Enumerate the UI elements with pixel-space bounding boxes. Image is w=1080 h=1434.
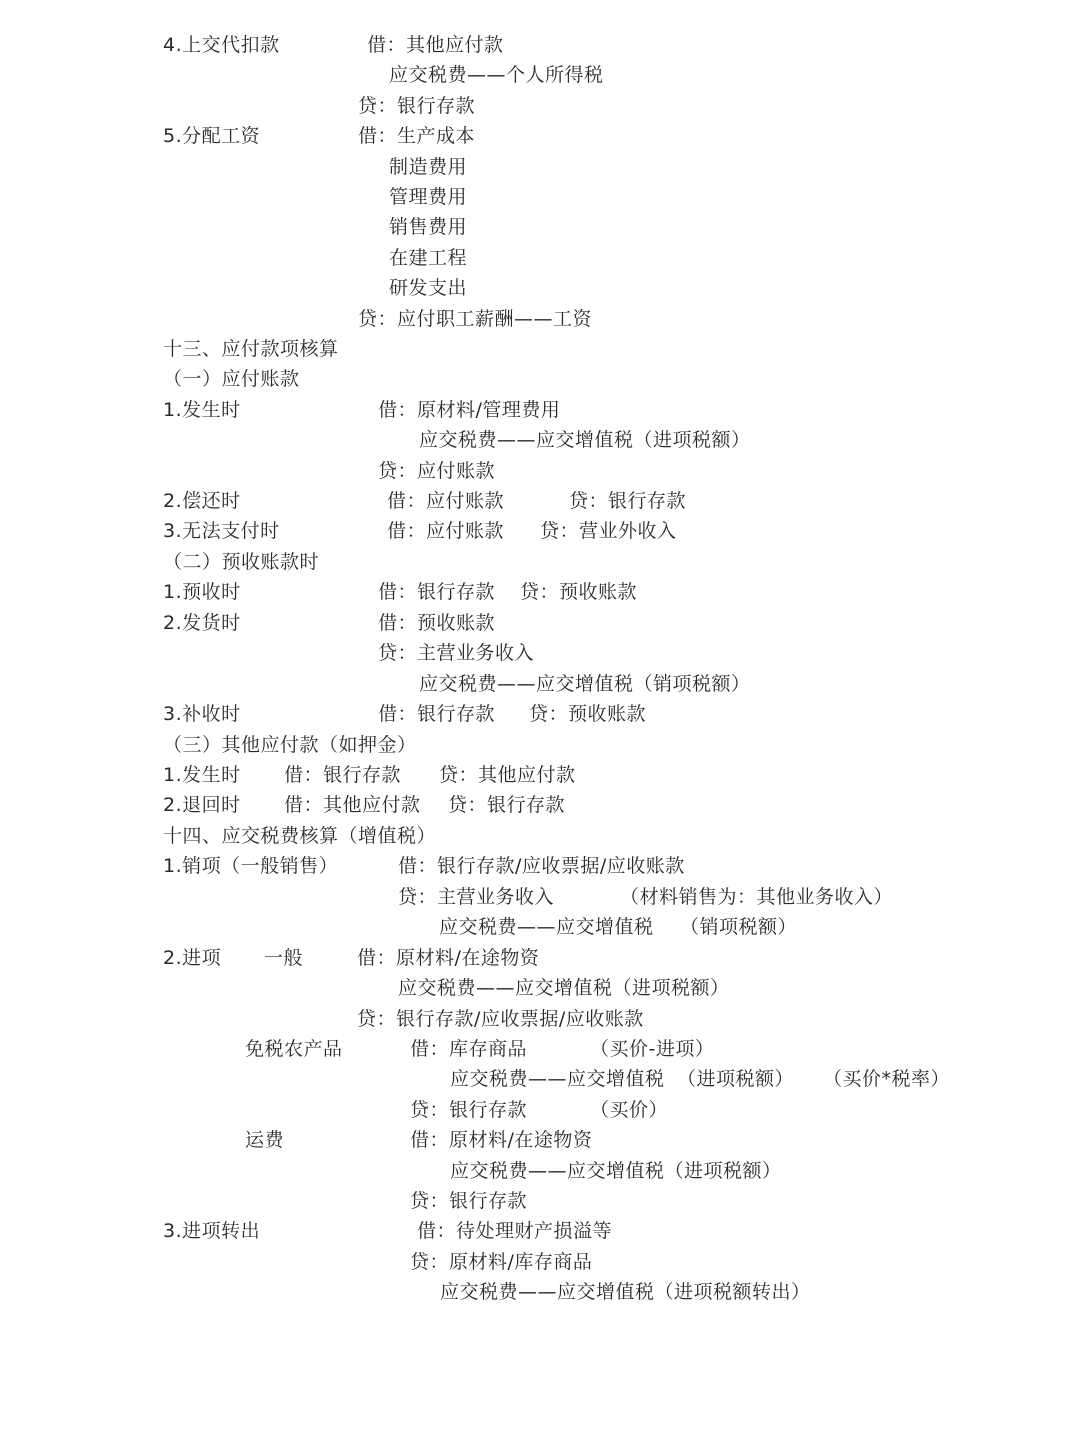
text-line-l18: 贷：应付账款 — [378, 459, 495, 483]
text-line-l28: 贷：预收账款 — [520, 580, 637, 604]
text-line-l65: 应交税费——应交增值税（进项税额） — [450, 1159, 782, 1183]
text-line-l24: 贷：营业外收入 — [540, 519, 677, 543]
text-line-l40: 2.退回时 — [163, 793, 241, 817]
text-line-l17: 应交税费——应交增值税（进项税额） — [419, 428, 751, 452]
text-line-l61: 贷：银行存款 — [410, 1098, 527, 1122]
text-line-l4: 贷：银行存款 — [358, 94, 475, 118]
text-line-l14: （一）应付账款 — [163, 367, 300, 391]
text-line-l6: 借：生产成本 — [358, 124, 475, 148]
text-line-l57: （买价-进项） — [590, 1037, 714, 1061]
text-line-l2: 借：其他应付款 — [367, 33, 504, 57]
text-line-l8: 管理费用 — [389, 185, 467, 209]
text-line-l62: （买价） — [590, 1098, 668, 1122]
text-line-l22: 3.无法支付时 — [163, 519, 280, 543]
text-line-l55: 免税农产品 — [245, 1037, 343, 1061]
text-line-l38: 借：银行存款 — [284, 763, 401, 787]
text-line-l27: 借：银行存款 — [378, 580, 495, 604]
text-line-l66: 贷：银行存款 — [410, 1189, 527, 1213]
text-line-l23: 借：应付账款 — [387, 519, 504, 543]
text-line-l59: （进项税额） — [677, 1067, 794, 1091]
text-line-l1: 4.上交代扣款 — [163, 33, 280, 57]
text-line-l16: 借：原材料/管理费用 — [378, 398, 560, 422]
text-line-l56: 借：库存商品 — [410, 1037, 527, 1061]
text-line-l7: 制造费用 — [389, 155, 467, 179]
text-line-l11: 研发支出 — [389, 276, 467, 300]
text-line-l67: 3.进项转出 — [163, 1219, 260, 1243]
text-line-l26: 1.预收时 — [163, 580, 241, 604]
text-line-l20: 借：应付账款 — [387, 489, 504, 513]
text-line-l15: 1.发生时 — [163, 398, 241, 422]
text-line-l63: 运费 — [245, 1128, 284, 1152]
text-line-l30: 借：预收账款 — [378, 611, 495, 635]
text-line-l41: 借：其他应付款 — [284, 793, 421, 817]
text-line-l48: 应交税费——应交增值税 — [439, 915, 654, 939]
text-line-l51: 一般 — [264, 946, 303, 970]
text-line-l33: 3.补收时 — [163, 702, 241, 726]
text-line-l70: 应交税费——应交增值税（进项税额转出） — [440, 1280, 811, 1304]
text-line-l34: 借：银行存款 — [378, 702, 495, 726]
text-line-l58: 应交税费——应交增值税 — [450, 1067, 665, 1091]
text-line-l36: （三）其他应付款（如押金） — [163, 733, 417, 757]
text-line-l60: （买价*税率） — [823, 1067, 950, 1091]
text-line-l54: 贷：银行存款/应收票据/应收账款 — [357, 1007, 644, 1031]
text-line-l10: 在建工程 — [389, 246, 467, 270]
text-line-l69: 贷：原材料/库存商品 — [410, 1250, 592, 1274]
text-line-l64: 借：原材料/在途物资 — [410, 1128, 592, 1152]
text-line-l47: （材料销售为：其他业务收入） — [620, 885, 893, 909]
text-line-l42: 贷：银行存款 — [448, 793, 565, 817]
text-line-l5: 5.分配工资 — [163, 124, 260, 148]
text-line-l3: 应交税费——个人所得税 — [389, 63, 604, 87]
text-line-l52: 借：原材料/在途物资 — [357, 946, 539, 970]
text-line-l46: 贷：主营业务收入 — [398, 885, 554, 909]
text-line-l29: 2.发货时 — [163, 611, 241, 635]
text-line-l21: 贷：银行存款 — [569, 489, 686, 513]
text-line-l49: （销项税额） — [680, 915, 797, 939]
text-line-l68: 借：待处理财产损溢等 — [417, 1219, 612, 1243]
text-line-l39: 贷：其他应付款 — [439, 763, 576, 787]
text-line-l53: 应交税费——应交增值税（进项税额） — [398, 976, 730, 1000]
text-line-l32: 应交税费——应交增值税（销项税额） — [419, 672, 751, 696]
text-line-l19: 2.偿还时 — [163, 489, 241, 513]
text-line-l31: 贷：主营业务收入 — [378, 641, 534, 665]
text-line-l13: 十三、应付款项核算 — [163, 337, 339, 361]
text-line-l9: 销售费用 — [389, 215, 467, 239]
text-line-l35: 贷：预收账款 — [529, 702, 646, 726]
text-line-l12: 贷：应付职工薪酬——工资 — [358, 307, 592, 331]
text-line-l43: 十四、应交税费核算（增值税） — [163, 824, 436, 848]
text-line-l37: 1.发生时 — [163, 763, 241, 787]
text-line-l25: （二）预收账款时 — [163, 550, 319, 574]
text-line-l50: 2.进项 — [163, 946, 221, 970]
text-line-l45: 借：银行存款/应收票据/应收账款 — [398, 854, 685, 878]
text-line-l44: 1.销项（一般销售） — [163, 854, 338, 878]
accounting-notes-page: 4.上交代扣款借：其他应付款应交税费——个人所得税贷：银行存款5.分配工资借：生… — [0, 0, 1080, 1434]
